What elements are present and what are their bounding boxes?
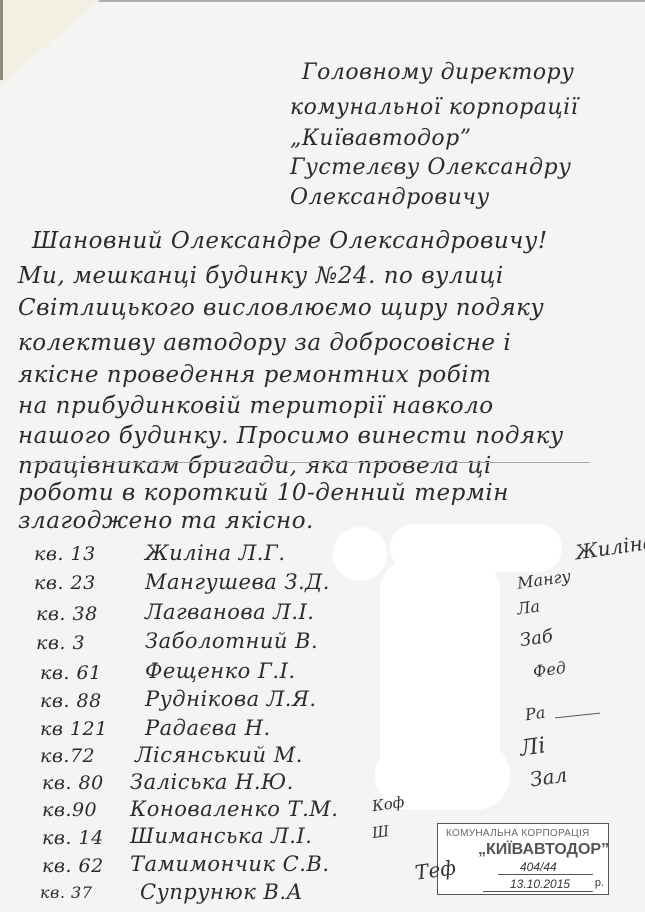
signature: Ра <box>524 703 547 725</box>
signature: Фед <box>532 658 567 681</box>
signature: Ш <box>371 822 390 842</box>
apartment-number: кв 121 <box>40 718 108 740</box>
signature: Ла <box>516 596 541 618</box>
stamp-org-line: КОМУНАЛЬНА КОРПОРАЦІЯ <box>446 828 590 839</box>
stamp-registration-number: 404/44 <box>520 860 557 874</box>
scan-left-edge <box>0 0 3 80</box>
body-line: нашого будинку. Просимо винести подяку <box>18 423 564 449</box>
apartment-number: кв. 61 <box>40 662 102 684</box>
body-line: працівникам бригади, яка провела ці <box>18 453 492 479</box>
scanned-letter-page: Головному директору комунальної корпорац… <box>0 0 645 912</box>
signature: Коф <box>371 793 406 815</box>
signature: Жиліна <box>574 530 645 565</box>
signature: Заб <box>519 626 555 651</box>
body-line: колективу автодору за добросовісне і <box>18 330 511 356</box>
resident-name: Лісянський М. <box>135 743 303 767</box>
folded-corner <box>0 0 100 85</box>
resident-name: Жиліна Л.Г. <box>145 541 286 565</box>
body-line: Світлицького висловлюємо щиру подяку <box>18 295 544 321</box>
apartment-number: кв. 80 <box>42 772 104 794</box>
apartment-number: кв. 38 <box>36 603 98 625</box>
signature: Лі <box>518 733 547 761</box>
apartment-number: кв. 62 <box>42 855 104 877</box>
apartment-number: кв. 37 <box>40 883 92 902</box>
apartment-number: кв. 88 <box>40 690 102 712</box>
redaction-mark <box>333 527 387 581</box>
addressee-line: Головному директору <box>302 60 574 85</box>
addressee-line: Густелєву Олександру <box>290 155 571 180</box>
apartment-number: кв. 23 <box>34 572 96 594</box>
stamp-org-name: „КИЇВАВТОДОР” <box>478 841 609 859</box>
body-line: злагоджено та якісно. <box>18 508 314 534</box>
signature: Зал <box>529 763 569 792</box>
addressee-line: комунальної корпорації <box>290 95 578 120</box>
resident-name: Коноваленко Т.М. <box>130 797 338 821</box>
resident-name: Шиманська Л.І. <box>130 824 312 848</box>
apartment-number: кв. 3 <box>36 632 85 654</box>
body-line: роботи в короткий 10-денний термін <box>18 480 509 506</box>
body-line: Ми, мешканці будинку №24. по вулиці <box>18 263 504 289</box>
resident-name: Лагванова Л.І. <box>145 600 314 624</box>
resident-name: Мангушева З.Д. <box>145 570 330 594</box>
resident-name: Радаєва Н. <box>145 716 271 740</box>
body-line: на прибудинковій території навколо <box>18 393 494 419</box>
resident-name: Заболотний В. <box>145 629 318 653</box>
apartment-number: кв.72 <box>40 745 95 767</box>
body-line: якісне проведення ремонтних робіт <box>18 362 491 388</box>
resident-name: Супрунюк В.А <box>140 880 303 904</box>
stamp-date: 13.10.2015 <box>510 877 570 891</box>
resident-name: Фещенко Г.І. <box>145 659 296 683</box>
apartment-number: кв. 14 <box>42 827 104 849</box>
apartment-number: кв.90 <box>42 799 97 821</box>
scan-artifact-line <box>30 462 590 463</box>
stamp-year-suffix: р. <box>595 877 604 889</box>
signature-stroke <box>555 713 600 719</box>
salutation: Шановний Олександре Олександровичу! <box>32 228 548 254</box>
registration-stamp: КОМУНАЛЬНА КОРПОРАЦІЯ „КИЇВАВТОДОР” 404/… <box>437 823 609 895</box>
resident-name: Тамимончик С.В. <box>130 852 330 876</box>
stamp-underline <box>498 874 593 875</box>
addressee-line: „Київавтодор” <box>290 126 471 151</box>
addressee-line: Олександровичу <box>290 185 490 210</box>
resident-name: Заліська Н.Ю. <box>130 770 294 794</box>
apartment-number: кв. 13 <box>34 543 96 565</box>
resident-name: Руднікова Л.Я. <box>145 687 317 711</box>
stamp-underline <box>483 891 593 892</box>
